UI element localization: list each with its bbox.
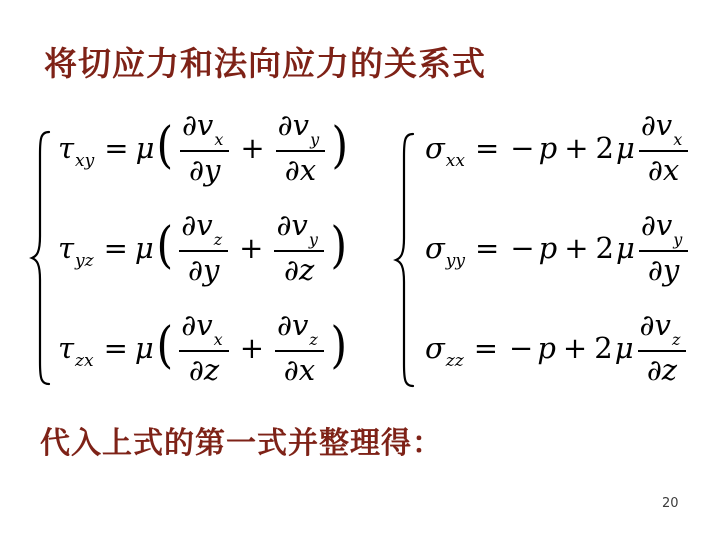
pressure-symbol: p [539, 231, 558, 265]
velocity-subscript: y [673, 230, 682, 249]
fraction: ∂vz ∂y [179, 211, 228, 285]
footer-note: 代入上式的第一式并整理得： [40, 418, 443, 462]
fraction-numerator: ∂vz [638, 311, 687, 350]
fraction-denominator: ∂z [187, 352, 221, 385]
equation-sigma-yy: σyy = − p + 2μ ∂vy ∂y [425, 202, 692, 294]
plus-sign: + [240, 131, 264, 165]
mu-symbol: μ [135, 231, 154, 265]
fraction-denominator: ∂z [645, 352, 679, 385]
equation-tau-zx: τzx = μ( ∂vx ∂z + ∂vz ∂x ) [58, 302, 349, 394]
close-paren: ) [330, 223, 347, 268]
close-paren: ) [332, 123, 349, 168]
partial-v: ∂v [640, 308, 671, 342]
fraction: ∂vy ∂y [639, 211, 688, 285]
fraction-denominator: ∂x [646, 152, 681, 185]
fraction-denominator: ∂x [283, 152, 318, 185]
fraction: ∂vx ∂x [639, 111, 688, 185]
partial-v: ∂v [276, 208, 307, 242]
fraction-denominator: ∂y [187, 152, 222, 185]
plus-sign: + [240, 331, 264, 365]
mu-symbol: μ [615, 331, 634, 365]
coefficient-two: 2 [596, 231, 614, 265]
fraction-numerator: ∂vy [276, 111, 325, 150]
minus-sign: − [510, 231, 534, 265]
sigma-symbol: σ [425, 231, 445, 265]
partial-v: ∂v [641, 108, 672, 142]
equation-tau-xy: τxy = μ( ∂vx ∂y + ∂vy ∂x ) [58, 102, 351, 194]
tau-symbol: τ [58, 331, 74, 365]
fraction: ∂vz ∂z [638, 311, 687, 385]
sigma-subscript: xx [446, 151, 465, 171]
partial-v: ∂v [278, 108, 309, 142]
fraction-numerator: ∂vy [274, 211, 323, 250]
equation-sigma-zz: σzz = − p + 2μ ∂vz ∂z [425, 302, 690, 394]
page-number: 20 [662, 496, 679, 511]
minus-sign: − [509, 331, 533, 365]
mu-symbol: μ [616, 131, 635, 165]
sigma-subscript: yy [446, 251, 465, 271]
velocity-subscript: x [214, 330, 223, 349]
velocity-subscript: z [214, 230, 222, 249]
fraction-denominator: ∂y [186, 252, 221, 285]
equation-tau-yz: τyz = μ( ∂vz ∂y + ∂vy ∂z ) [58, 202, 349, 294]
fraction: ∂vx ∂z [179, 311, 228, 385]
plus-sign: + [563, 331, 587, 365]
fraction-numerator: ∂vx [179, 311, 228, 350]
fraction-numerator: ∂vy [639, 211, 688, 250]
partial-v: ∂v [182, 108, 213, 142]
open-paren: ( [157, 123, 174, 168]
equals-sign: = [475, 231, 499, 265]
presentation-slide: 将切应力和法向应力的关系式 τxy = μ( ∂vx ∂y + ∂vy ∂x )… [0, 0, 720, 540]
plus-sign: + [564, 231, 588, 265]
velocity-subscript: x [214, 130, 223, 149]
mu-symbol: μ [616, 231, 635, 265]
partial-v: ∂v [181, 208, 212, 242]
slide-title: 将切应力和法向应力的关系式 [44, 38, 486, 85]
fraction-numerator: ∂vz [179, 211, 228, 250]
mu-symbol: μ [136, 131, 155, 165]
tau-subscript: xy [75, 151, 94, 171]
fraction: ∂vy ∂z [274, 211, 323, 285]
sigma-subscript: zz [446, 351, 464, 371]
fraction-numerator: ∂vz [275, 311, 324, 350]
pressure-symbol: p [537, 331, 556, 365]
tau-subscript: yz [75, 251, 94, 271]
equals-sign: = [104, 131, 128, 165]
coefficient-two: 2 [596, 131, 614, 165]
coefficient-two: 2 [594, 331, 612, 365]
fraction: ∂vy ∂x [276, 111, 325, 185]
plus-sign: + [564, 131, 588, 165]
left-system-brace [28, 128, 52, 388]
velocity-subscript: z [309, 330, 317, 349]
equation-sigma-xx: σxx = − p + 2μ ∂vx ∂x [425, 102, 692, 194]
equals-sign: = [474, 331, 498, 365]
partial-v: ∂v [181, 308, 212, 342]
right-system-brace [392, 130, 416, 390]
fraction-numerator: ∂vx [180, 111, 229, 150]
equals-sign: = [104, 231, 128, 265]
open-paren: ( [156, 323, 173, 368]
sigma-symbol: σ [425, 331, 445, 365]
velocity-subscript: x [673, 130, 682, 149]
velocity-subscript: z [672, 330, 680, 349]
mu-symbol: μ [135, 331, 154, 365]
fraction-denominator: ∂z [282, 252, 316, 285]
partial-v: ∂v [277, 308, 308, 342]
fraction-denominator: ∂x [282, 352, 317, 385]
partial-v: ∂v [641, 208, 672, 242]
fraction: ∂vx ∂y [180, 111, 229, 185]
fraction: ∂vz ∂x [275, 311, 324, 385]
close-paren: ) [330, 323, 347, 368]
velocity-subscript: y [309, 230, 318, 249]
equals-sign: = [475, 131, 499, 165]
open-paren: ( [156, 223, 173, 268]
fraction-numerator: ∂vx [639, 111, 688, 150]
minus-sign: − [510, 131, 534, 165]
tau-subscript: zx [75, 351, 94, 371]
fraction-denominator: ∂y [646, 252, 681, 285]
equals-sign: = [104, 331, 128, 365]
tau-symbol: τ [58, 231, 74, 265]
tau-symbol: τ [58, 131, 74, 165]
pressure-symbol: p [539, 131, 558, 165]
sigma-symbol: σ [425, 131, 445, 165]
velocity-subscript: y [310, 130, 319, 149]
plus-sign: + [239, 231, 263, 265]
